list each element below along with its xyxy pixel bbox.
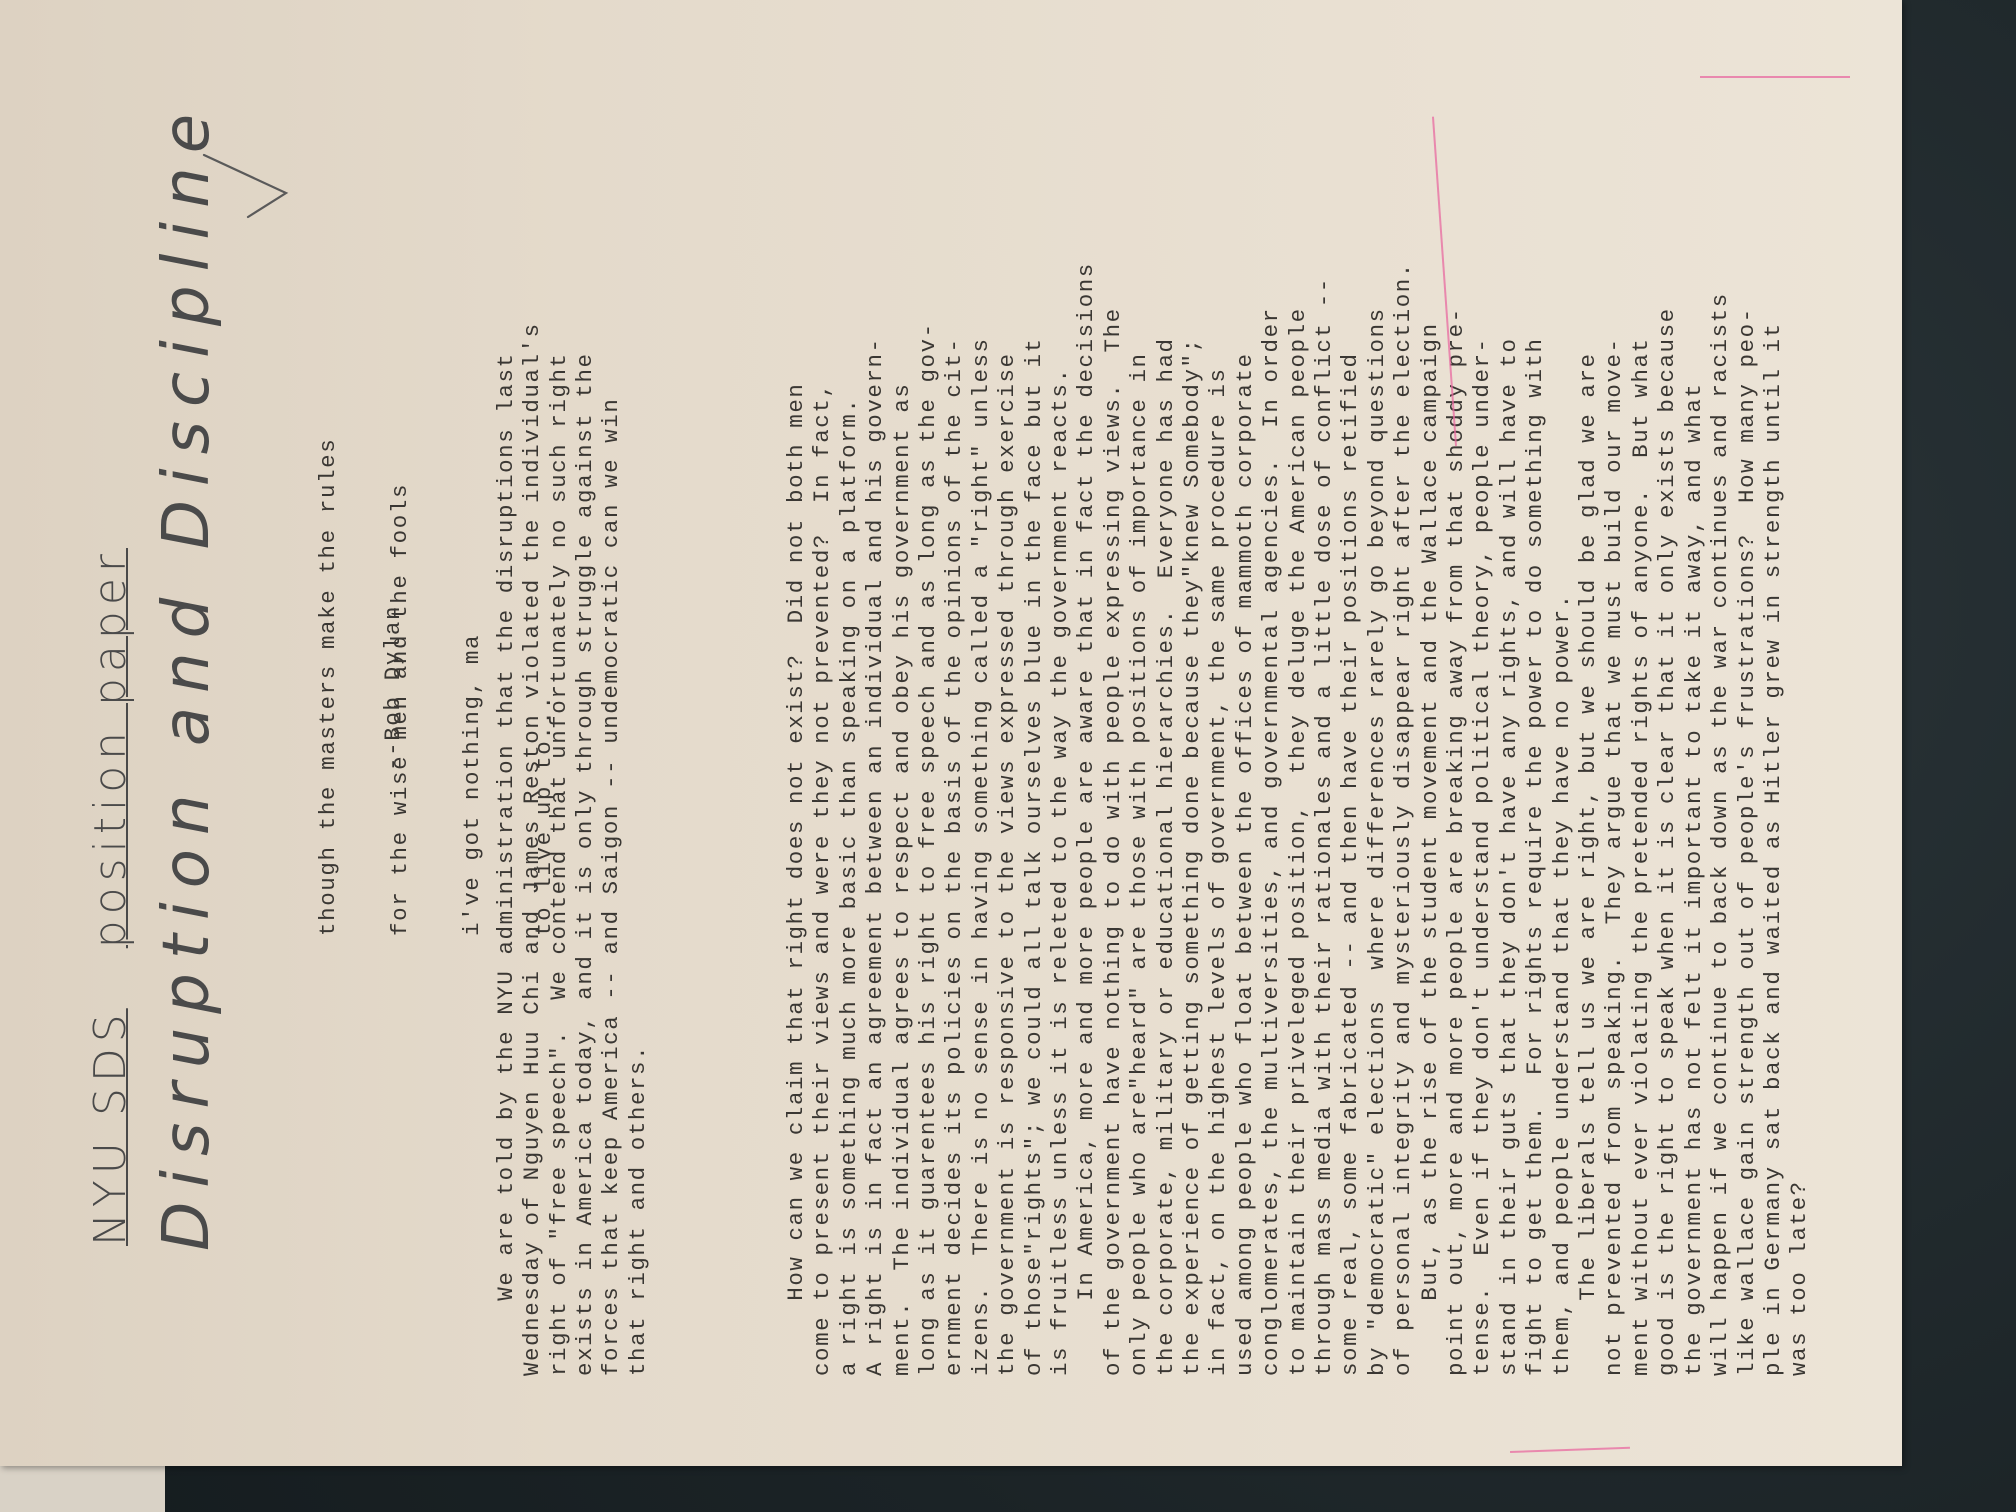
- text-line: A right is in fact an agreement between …: [862, 262, 888, 1376]
- checkmark-icon: [200, 151, 290, 221]
- text-line: We are told by the NYU administration th…: [493, 262, 519, 1376]
- text-line: come to present their views and were the…: [809, 262, 835, 1376]
- text-line: How can we claim that right does not exi…: [783, 262, 809, 1376]
- page-title: Disruption and Discipline: [150, 100, 224, 1251]
- text-line: izens. There is no sense in having somet…: [968, 262, 994, 1376]
- text-line: was too late?: [1786, 262, 1812, 1376]
- doc-label: position paper: [85, 548, 136, 948]
- text-line: not prevented from speaking. They argue …: [1601, 262, 1627, 1376]
- text-line: conglomerates, the multiversities, and g…: [1258, 262, 1284, 1376]
- text-line: by "democratic" elections where differen…: [1364, 262, 1390, 1376]
- text-line: in fact, on the highest levels of govern…: [1205, 262, 1231, 1376]
- text-line: like wallace gain strength out of people…: [1734, 262, 1760, 1376]
- text-line: the government has not felt it important…: [1681, 262, 1707, 1376]
- text-line: long as it guarentees his right to free …: [915, 262, 941, 1376]
- document-page: NYU SDS position paper Disruption and Di…: [0, 0, 1902, 1466]
- text-line: them, and people understand that they ha…: [1549, 262, 1575, 1376]
- epigraph-line: though the masters make the rules: [316, 438, 340, 936]
- text-line: that right and others.: [625, 262, 651, 1376]
- text-line: Wednesday of Nguyen Huu Chi and James Re…: [519, 262, 545, 1376]
- org-name: NYU SDS: [85, 1008, 136, 1246]
- text-line: is fruitless unless it is releted to the…: [1047, 262, 1073, 1376]
- text-line: good is the right to speak when it is cl…: [1654, 262, 1680, 1376]
- text-line: point out, more and more people are brea…: [1443, 262, 1469, 1376]
- underlying-sheet: [0, 1460, 165, 1512]
- text-line: right of "free speech". We contend that …: [546, 262, 572, 1376]
- text-line: ment without ever violating the pretende…: [1628, 262, 1654, 1376]
- text-line: fight to get them. For rights require th…: [1522, 262, 1548, 1376]
- text-line: a right is something much more basic tha…: [836, 262, 862, 1376]
- text-line: of personal integrity and mysteriously d…: [1390, 262, 1416, 1376]
- text-line: through mass media with their rationales…: [1311, 262, 1337, 1376]
- text-line: of the government have nothing to do wit…: [1100, 262, 1126, 1376]
- text-line: ple in Germany sat back and waited as Hi…: [1760, 262, 1786, 1376]
- text-line: forces that keep America -- and Saigon -…: [598, 262, 624, 1376]
- paragraph: How can we claim that right does not exi…: [783, 262, 1813, 1376]
- text-line: In America, more and more people are awa…: [1073, 262, 1099, 1376]
- text-line: the government is responsive to the view…: [994, 262, 1020, 1376]
- text-line: the experience of getting something done…: [1179, 262, 1205, 1376]
- text-line: to maintain their priveleged position, t…: [1285, 262, 1311, 1376]
- text-line: The liberals tell us we are right, but w…: [1575, 262, 1601, 1376]
- text-line: ment. The individual agrees to respect a…: [889, 262, 915, 1376]
- handwritten-header: NYU SDS position paper: [85, 548, 136, 1246]
- pink-margin-mark: [1700, 76, 1850, 78]
- page-upright: NYU SDS position paper Disruption and Di…: [0, 0, 1902, 1466]
- text-line: the corporate, military or educational h…: [1153, 262, 1179, 1376]
- text-line: some real, some fabricated -- and then h…: [1337, 262, 1363, 1376]
- paragraph: We are told by the NYU administration th…: [493, 262, 651, 1376]
- text-line: exists in America today, and it is only …: [572, 262, 598, 1376]
- text-line: But, as the rise of the student movement…: [1417, 262, 1443, 1376]
- text-line: ernment decides its policies on the basi…: [941, 262, 967, 1376]
- text-line: tense. Even if they don't understand pol…: [1469, 262, 1495, 1376]
- body-text: We are told by the NYU administration th…: [440, 262, 1866, 1376]
- text-line: stand in their guts that they don't have…: [1496, 262, 1522, 1376]
- epigraph-attribution: --Bob Dylan: [380, 605, 406, 771]
- pink-margin-mark: [1510, 1447, 1630, 1453]
- text-line: used among people who float between the …: [1232, 262, 1258, 1376]
- text-line: will happen if we continue to back down …: [1707, 262, 1733, 1376]
- text-line: only people who are"heard" are those wit…: [1126, 262, 1152, 1376]
- text-line: of those"rights"; we could all talk ours…: [1021, 262, 1047, 1376]
